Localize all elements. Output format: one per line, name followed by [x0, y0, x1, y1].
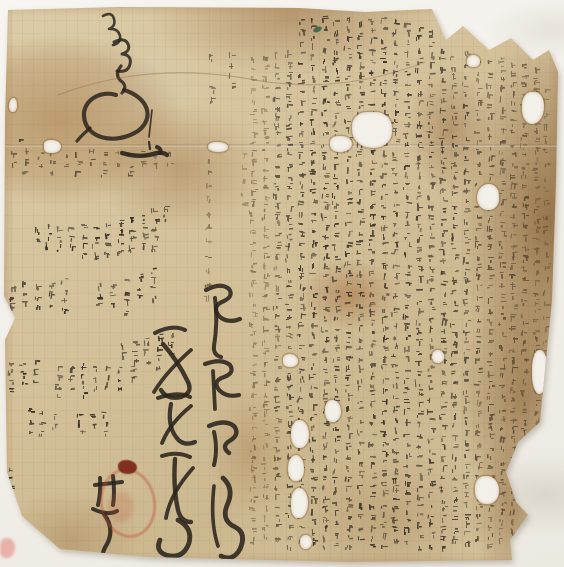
- ink-glyph: [286, 294, 293, 302]
- ink-glyph: [80, 231, 88, 240]
- ink-glyph: [274, 220, 282, 229]
- ink-glyph: [298, 229, 306, 238]
- ink-glyph: [519, 428, 527, 437]
- ink-glyph: [118, 366, 126, 375]
- ink-glyph: [417, 389, 424, 397]
- ink-glyph: [416, 512, 424, 521]
- ink-glyph: [544, 85, 552, 94]
- ink-glyph: [500, 393, 507, 401]
- ink-glyph: [416, 522, 423, 530]
- ink-glyph: [380, 36, 388, 45]
- ink-glyph: [392, 260, 400, 269]
- ink-glyph: [249, 391, 257, 400]
- ink-glyph: [427, 468, 435, 477]
- ink-glyph: [369, 399, 377, 408]
- ink-glyph: [345, 432, 352, 440]
- ink-glyph: [323, 171, 330, 179]
- ink-glyph: [54, 391, 61, 399]
- ink-glyph: [369, 361, 376, 369]
- ink-glyph: [298, 129, 305, 137]
- ink-glyph: [262, 136, 270, 145]
- ink-glyph: [404, 121, 411, 129]
- ink-glyph: [299, 50, 306, 58]
- ink-glyph: [344, 208, 351, 216]
- ink-glyph: [439, 475, 446, 483]
- ink-glyph: [260, 473, 268, 482]
- ink-glyph: [63, 153, 71, 162]
- ink-glyph: [249, 485, 257, 494]
- ink-glyph: [417, 45, 425, 53]
- ink-glyph: [415, 358, 422, 366]
- ink-glyph: [355, 447, 363, 456]
- ink-glyph: [287, 173, 294, 181]
- ink-glyph: [345, 187, 352, 195]
- ink-glyph: [285, 283, 292, 291]
- ink-glyph: [310, 331, 318, 340]
- ink-glyph: [451, 254, 459, 263]
- ink-glyph: [287, 542, 294, 550]
- ink-glyph: [205, 280, 213, 289]
- ink-glyph: [368, 169, 376, 178]
- ink-glyph: [509, 231, 517, 240]
- ink-glyph: [452, 299, 460, 308]
- ink-glyph: [417, 432, 425, 441]
- ink-glyph: [356, 177, 363, 185]
- inscription-brush-stroke: [205, 361, 239, 396]
- ink-glyph: [368, 47, 376, 56]
- ink-glyph: [380, 98, 387, 106]
- ink-glyph: [117, 247, 124, 255]
- ink-glyph: [356, 302, 363, 310]
- ink-glyph: [61, 286, 69, 294]
- ink-glyph: [323, 356, 331, 365]
- ink-glyph: [274, 513, 281, 521]
- ink-glyph: [510, 528, 518, 537]
- ink-glyph: [509, 70, 516, 78]
- ink-glyph: [500, 292, 507, 300]
- ink-glyph: [464, 541, 472, 550]
- ink-glyph: [416, 88, 423, 96]
- ink-glyph: [358, 218, 365, 226]
- ink-glyph: [486, 244, 494, 252]
- ink-glyph: [475, 272, 483, 281]
- ink-glyph: [262, 243, 270, 252]
- ink-glyph: [543, 225, 551, 233]
- ink-glyph: [273, 263, 281, 272]
- ink-glyph: [298, 302, 306, 311]
- ink-glyph: [10, 159, 18, 167]
- ink-glyph: [298, 384, 305, 392]
- ink-glyph: [248, 249, 256, 258]
- ink-glyph: [474, 430, 482, 439]
- ink-glyph: [355, 259, 363, 268]
- paper-hole: [352, 112, 392, 148]
- ink-glyph: [499, 115, 507, 124]
- ink-glyph: [321, 295, 329, 304]
- ink-glyph: [542, 337, 550, 346]
- ink-glyph: [461, 367, 469, 376]
- ink-glyph: [96, 283, 104, 292]
- ink-glyph: [204, 195, 212, 204]
- ink-glyph: [380, 171, 388, 180]
- ink-glyph: [287, 372, 295, 381]
- text-column: [404, 20, 412, 552]
- ink-glyph: [380, 429, 388, 438]
- ink-glyph: [532, 66, 540, 75]
- ink-glyph: [488, 381, 495, 389]
- ink-glyph: [499, 241, 507, 250]
- ink-glyph: [474, 356, 481, 364]
- ink-glyph: [498, 507, 505, 515]
- ink-glyph: [274, 313, 281, 321]
- ink-glyph: [428, 181, 436, 190]
- ink-glyph: [117, 375, 124, 383]
- ink-glyph: [242, 200, 250, 209]
- ink-glyph: [393, 59, 401, 68]
- ink-glyph: [416, 24, 423, 32]
- ink-glyph: [298, 17, 305, 25]
- ink-glyph: [45, 232, 52, 240]
- ink-glyph: [488, 423, 496, 432]
- ink-glyph: [273, 303, 280, 311]
- ink-glyph: [370, 481, 377, 489]
- ink-glyph: [332, 446, 340, 455]
- ink-glyph: [543, 275, 550, 283]
- ink-glyph: [426, 253, 434, 262]
- ink-glyph: [261, 514, 268, 522]
- ink-glyph: [449, 101, 457, 110]
- ink-glyph: [89, 422, 97, 431]
- ink-glyph: [416, 410, 423, 418]
- ink-glyph: [205, 252, 212, 260]
- ink-glyph: [500, 198, 508, 207]
- ink-glyph: [45, 223, 53, 232]
- ink-glyph: [344, 404, 352, 413]
- ink-glyph: [36, 152, 44, 161]
- ink-glyph: [249, 537, 256, 545]
- ink-glyph: [168, 330, 176, 339]
- ink-glyph: [499, 126, 507, 135]
- ink-glyph: [486, 296, 493, 304]
- ink-glyph: [298, 524, 306, 533]
- ink-glyph: [429, 428, 436, 436]
- ink-glyph: [309, 118, 316, 126]
- ink-glyph: [463, 178, 470, 186]
- ink-glyph: [498, 527, 506, 536]
- ink-glyph: [127, 161, 135, 169]
- ink-glyph: [380, 521, 388, 530]
- ink-glyph: [440, 76, 448, 85]
- ink-glyph: [274, 143, 282, 152]
- ink-glyph: [250, 130, 258, 138]
- ink-glyph: [532, 298, 539, 306]
- ink-glyph: [357, 61, 365, 70]
- ink-glyph: [368, 239, 375, 247]
- ink-glyph: [323, 37, 330, 45]
- ink-glyph: [415, 79, 422, 87]
- ink-glyph: [463, 187, 471, 196]
- paper-sheet: [0, 0, 564, 567]
- ink-glyph: [380, 407, 387, 415]
- ink-glyph: [355, 81, 363, 90]
- ink-glyph: [381, 458, 389, 467]
- ink-glyph: [499, 352, 507, 361]
- ink-glyph: [510, 486, 517, 494]
- ink-glyph: [285, 243, 293, 252]
- ink-glyph: [207, 54, 214, 62]
- ink-glyph: [298, 264, 305, 272]
- ink-glyph: [81, 390, 88, 398]
- text-column: [463, 50, 471, 551]
- ink-glyph: [391, 526, 398, 534]
- ink-glyph: [393, 199, 400, 207]
- ink-glyph: [381, 67, 389, 76]
- ink-glyph: [298, 406, 306, 415]
- text-column: [451, 55, 459, 550]
- ink-glyph: [321, 86, 329, 95]
- ink-glyph: [380, 214, 388, 223]
- ink-glyph: [357, 312, 365, 321]
- ink-glyph: [93, 365, 100, 373]
- ink-glyph: [322, 263, 330, 272]
- ink-glyph: [333, 68, 340, 76]
- ink-glyph: [509, 313, 517, 322]
- ink-glyph: [510, 366, 518, 375]
- ink-glyph: [462, 167, 470, 176]
- ink-glyph: [205, 182, 212, 190]
- ink-glyph: [520, 171, 528, 179]
- ink-glyph: [356, 31, 364, 40]
- ink-glyph: [462, 123, 470, 132]
- ink-glyph: [441, 505, 448, 513]
- ink-glyph: [415, 34, 422, 42]
- ink-glyph: [345, 105, 352, 113]
- ink-glyph: [272, 61, 280, 70]
- ink-glyph: [332, 314, 340, 323]
- ink-glyph: [358, 513, 365, 521]
- ink-glyph: [104, 382, 112, 391]
- ink-glyph: [521, 193, 528, 201]
- ink-glyph: [381, 251, 388, 259]
- ink-glyph: [439, 97, 447, 106]
- ink-glyph: [417, 110, 424, 118]
- ink-glyph: [356, 270, 364, 279]
- ink-glyph: [486, 514, 494, 523]
- ink-glyph: [249, 108, 256, 116]
- ink-glyph: [332, 88, 340, 97]
- ink-glyph: [310, 251, 318, 260]
- ink-glyph: [344, 474, 352, 483]
- ink-glyph: [475, 76, 483, 85]
- ink-glyph: [209, 86, 216, 94]
- ink-glyph: [370, 37, 378, 46]
- ink-glyph: [428, 364, 436, 373]
- ink-glyph: [273, 483, 280, 491]
- paper-hole: [532, 350, 548, 394]
- ink-glyph: [249, 269, 257, 277]
- ink-glyph: [263, 305, 271, 313]
- ink-glyph: [123, 298, 131, 307]
- ink-glyph: [451, 505, 458, 513]
- ink-glyph: [346, 229, 354, 238]
- ink-glyph: [509, 100, 517, 108]
- ink-glyph: [392, 108, 399, 116]
- ink-glyph: [286, 381, 294, 390]
- ink-glyph: [391, 128, 398, 136]
- ink-glyph: [309, 177, 317, 185]
- paper-hole: [208, 142, 228, 152]
- ink-glyph: [451, 514, 458, 522]
- ink-glyph: [333, 161, 340, 169]
- ink-glyph: [427, 222, 435, 231]
- ink-glyph: [368, 380, 376, 389]
- ink-glyph: [35, 302, 42, 310]
- ink-glyph: [261, 348, 269, 357]
- ink-glyph: [310, 465, 318, 474]
- ink-glyph: [474, 420, 481, 428]
- ink-glyph: [452, 212, 459, 220]
- ink-glyph: [393, 272, 400, 280]
- ink-glyph: [323, 253, 331, 262]
- ink-glyph: [251, 526, 258, 534]
- ink-glyph: [463, 416, 471, 425]
- ink-glyph: [463, 101, 470, 109]
- ink-glyph: [427, 396, 435, 404]
- ink-glyph: [344, 166, 351, 174]
- ink-glyph: [475, 68, 482, 76]
- ink-glyph: [126, 152, 134, 161]
- ink-glyph: [488, 532, 495, 540]
- ink-glyph: [522, 377, 530, 386]
- ink-glyph: [392, 293, 399, 301]
- ink-glyph: [261, 461, 269, 470]
- ink-glyph: [344, 25, 352, 33]
- ink-glyph: [333, 333, 341, 342]
- ink-glyph: [462, 257, 470, 266]
- ink-glyph: [403, 251, 410, 259]
- text-column: [345, 15, 353, 554]
- ink-glyph: [510, 416, 518, 425]
- ink-glyph: [415, 213, 423, 222]
- ink-glyph: [392, 447, 399, 455]
- ink-glyph: [415, 443, 423, 452]
- ink-glyph: [100, 151, 108, 160]
- ink-glyph: [391, 29, 399, 38]
- ink-glyph: [368, 390, 376, 399]
- ink-glyph: [393, 496, 400, 504]
- ink-glyph: [405, 240, 412, 248]
- ink-glyph: [273, 395, 281, 404]
- ink-glyph: [345, 322, 352, 330]
- ink-glyph: [474, 108, 481, 116]
- ink-glyph: [109, 281, 117, 290]
- ink-glyph: [275, 365, 282, 373]
- ink-glyph: [498, 56, 506, 65]
- ink-glyph: [273, 444, 281, 453]
- ink-glyph: [298, 118, 305, 126]
- ink-glyph: [357, 159, 365, 168]
- ink-glyph: [55, 372, 63, 381]
- ink-glyph: [476, 462, 483, 470]
- ink-glyph: [333, 509, 340, 517]
- ink-glyph: [332, 201, 339, 209]
- ink-glyph: [261, 174, 269, 183]
- ink-glyph: [428, 285, 436, 294]
- ink-glyph: [345, 353, 353, 362]
- ink-glyph: [403, 270, 411, 279]
- ink-glyph: [39, 410, 47, 419]
- ink-glyph: [499, 301, 507, 310]
- ink-glyph: [357, 187, 365, 196]
- ink-glyph: [440, 229, 447, 237]
- ink-glyph: [261, 223, 268, 231]
- ink-glyph: [381, 531, 389, 540]
- ink-glyph: [356, 364, 364, 373]
- ink-glyph: [7, 367, 15, 376]
- ink-glyph: [81, 381, 88, 389]
- ink-glyph: [126, 171, 134, 179]
- ink-glyph: [206, 266, 214, 275]
- ink-glyph: [356, 324, 363, 332]
- ink-glyph: [368, 259, 376, 267]
- ink-glyph: [249, 435, 256, 443]
- ink-glyph: [129, 225, 137, 233]
- ink-glyph: [533, 225, 541, 234]
- ink-glyph: [427, 243, 435, 252]
- ink-glyph: [522, 460, 530, 469]
- ink-glyph: [486, 102, 494, 111]
- ink-glyph: [118, 219, 125, 227]
- ink-mark-stroke: [149, 142, 150, 149]
- ink-glyph: [427, 129, 435, 138]
- ink-glyph: [333, 152, 340, 160]
- ink-glyph: [486, 522, 494, 531]
- ink-glyph: [321, 367, 329, 376]
- ink-glyph: [286, 322, 294, 331]
- ink-glyph: [498, 478, 506, 487]
- ink-glyph: [152, 215, 159, 223]
- ink-glyph: [403, 100, 410, 108]
- ink-glyph: [534, 417, 542, 426]
- ink-glyph: [381, 304, 388, 312]
- ink-glyph: [452, 172, 460, 181]
- ink-glyph: [439, 166, 447, 175]
- ink-glyph: [510, 303, 518, 312]
- ink-glyph: [439, 434, 446, 442]
- ink-glyph: [403, 488, 410, 496]
- ink-glyph: [522, 277, 529, 285]
- ink-glyph: [309, 372, 317, 380]
- ink-glyph: [429, 61, 436, 69]
- ink-glyph: [380, 364, 388, 373]
- ink-glyph: [81, 222, 88, 230]
- ink-glyph: [274, 211, 281, 219]
- ink-glyph: [250, 148, 258, 157]
- ink-glyph: [415, 245, 422, 253]
- text-column: [487, 60, 495, 548]
- ink-glyph: [474, 523, 482, 532]
- ink-glyph: [274, 534, 282, 543]
- ink-glyph: [320, 140, 328, 149]
- ink-glyph: [439, 157, 447, 166]
- ink-glyph: [486, 541, 493, 549]
- ink-glyph: [534, 195, 542, 204]
- ink-glyph: [416, 463, 423, 471]
- ink-glyph: [381, 261, 389, 270]
- ink-glyph: [498, 178, 505, 186]
- ink-glyph: [240, 152, 248, 161]
- ink-glyph: [511, 426, 518, 434]
